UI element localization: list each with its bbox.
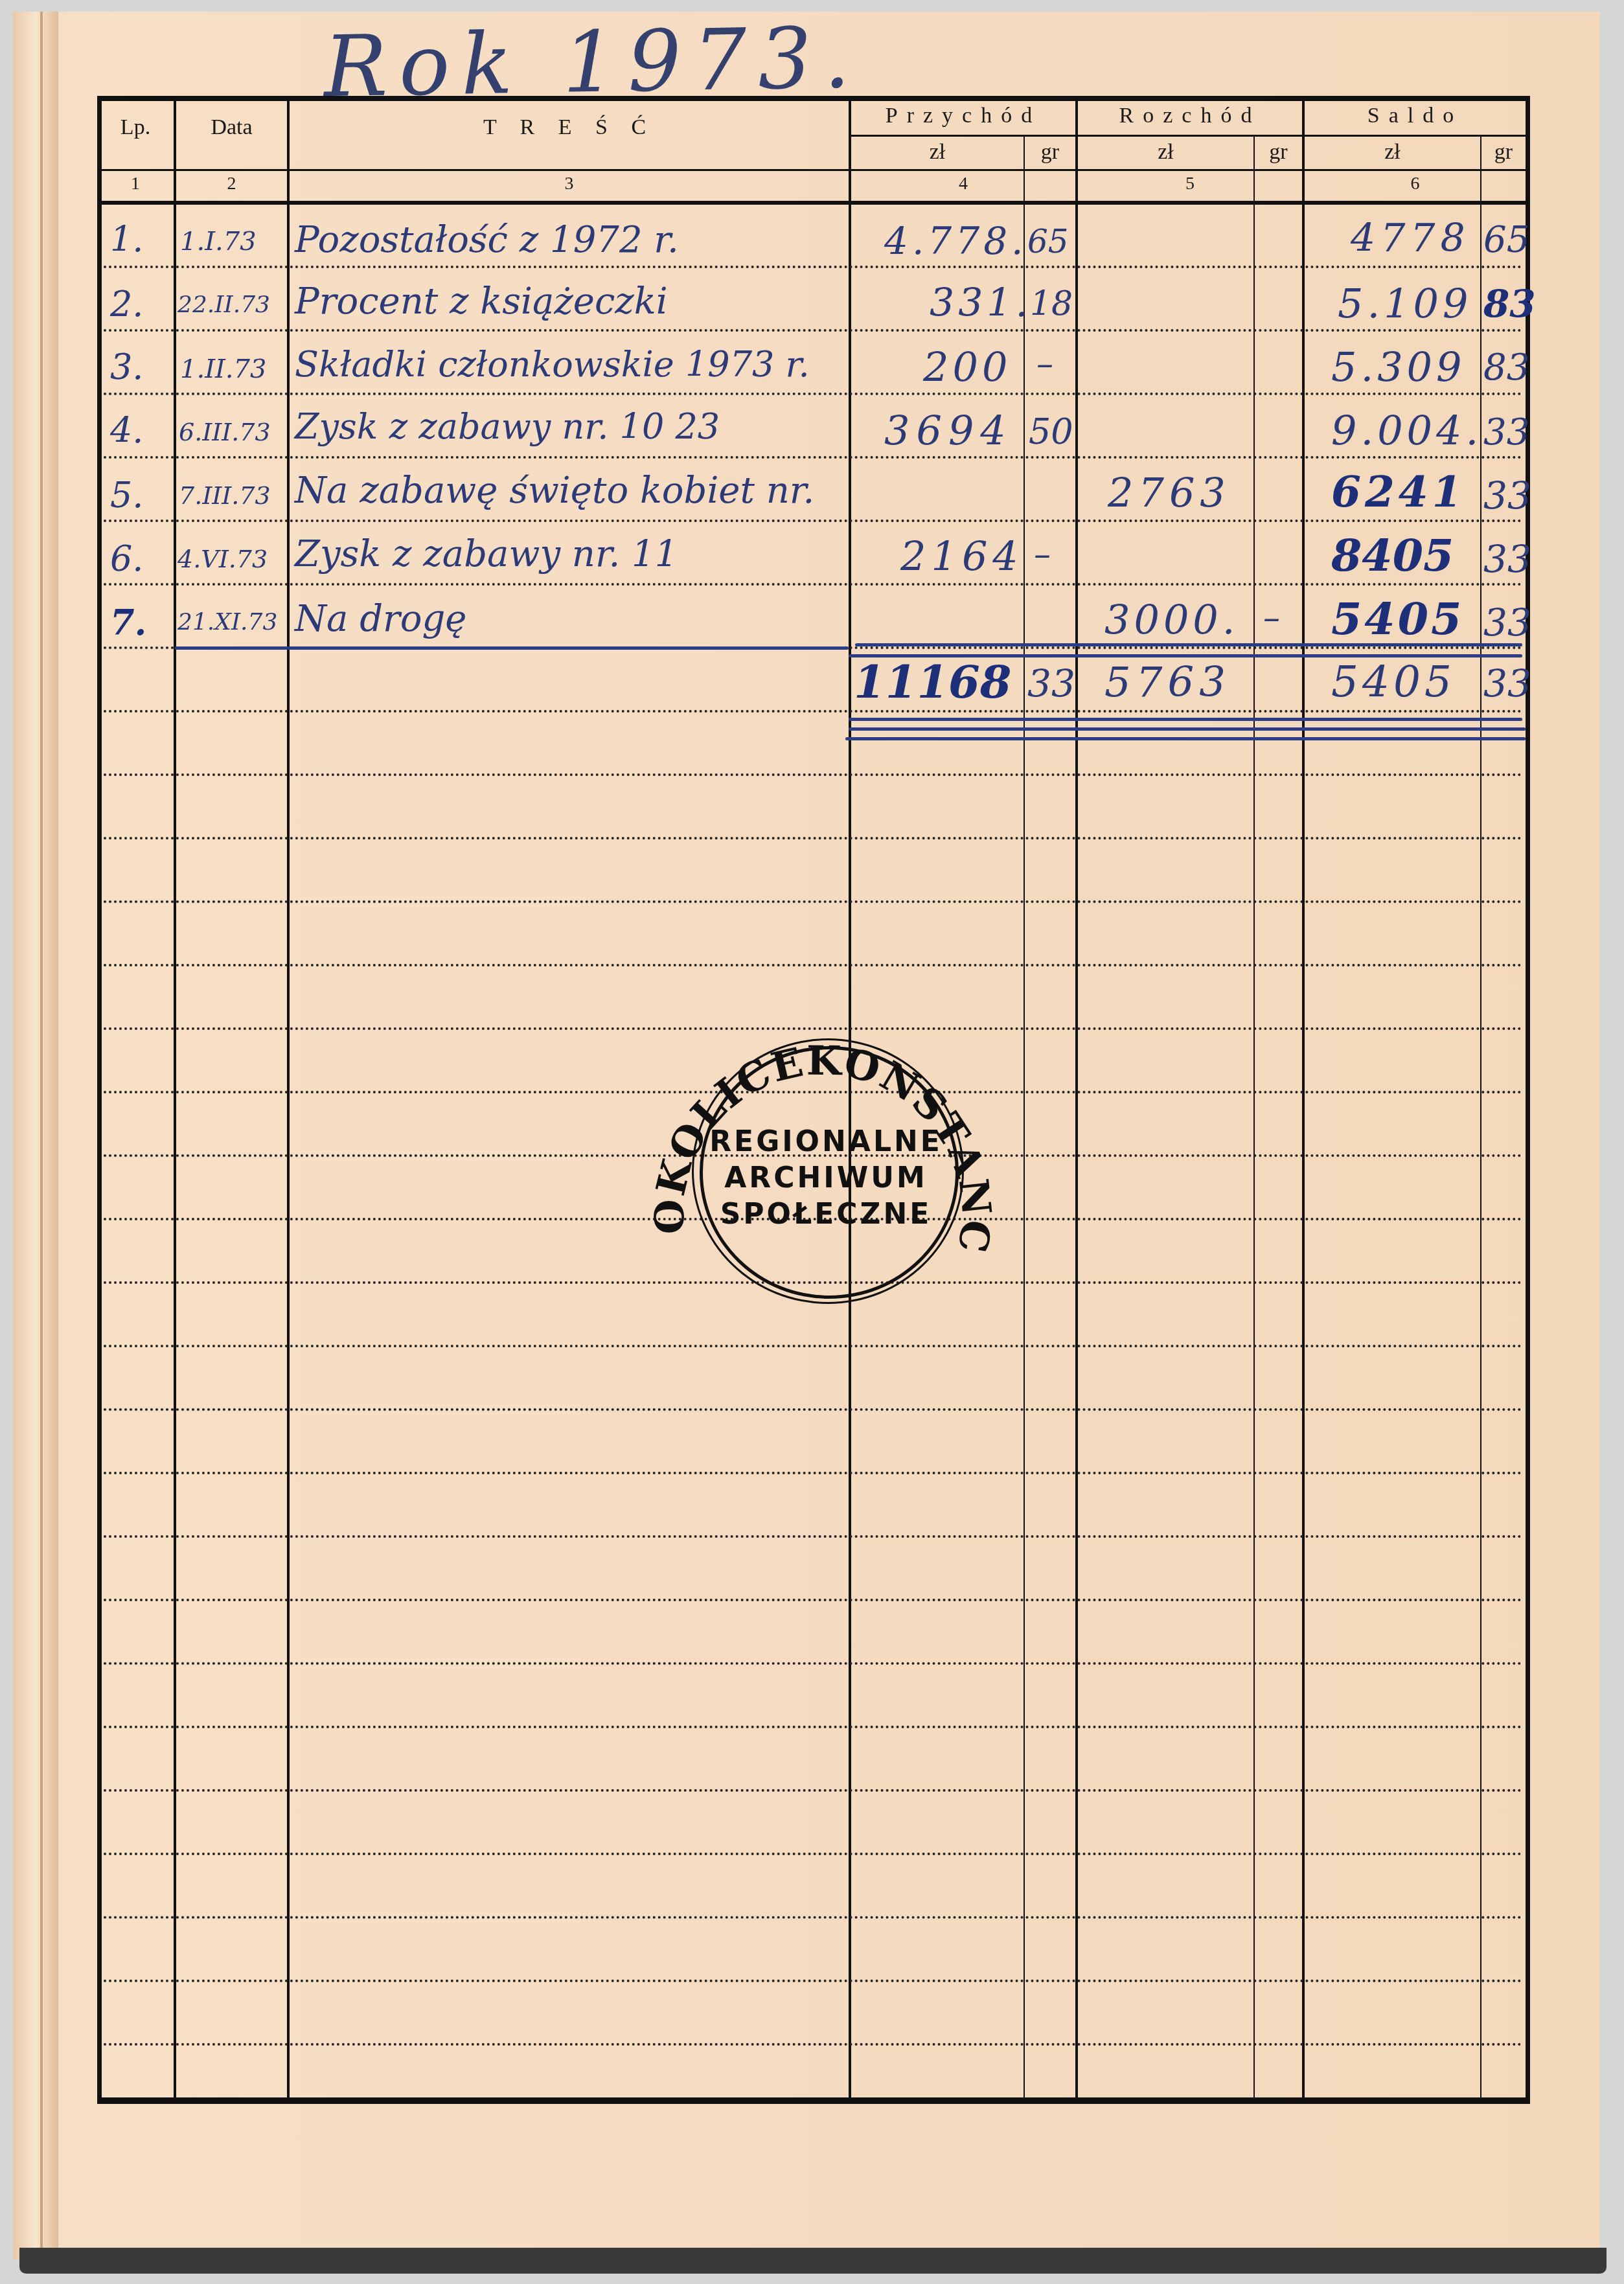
header-data: Data	[176, 115, 287, 140]
total-in-gr: 33	[1027, 665, 1075, 702]
row-3-bal-gr: 83	[1483, 350, 1529, 386]
row-2-bal-zl: 5.109	[1338, 284, 1472, 324]
header-przychod: Przychód	[851, 104, 1075, 128]
row-rule	[104, 2043, 1522, 2046]
header-saldo: Saldo	[1305, 104, 1526, 128]
row-4-in-gr: 50	[1029, 415, 1073, 450]
row-7-out-zl: 3000.	[1104, 600, 1239, 640]
row-rule	[104, 1535, 1522, 1538]
stamp-center-text: REGIONALNE ARCHIWUM SPOŁECZNE	[709, 1124, 943, 1233]
row-rule	[104, 964, 1522, 966]
row-rule	[104, 266, 1522, 268]
totals-underline-2	[849, 727, 1526, 731]
row-3-bal-zl: 5.309	[1331, 347, 1466, 387]
stamp-line-1: REGIONALNE	[709, 1124, 943, 1160]
col-number-5: 5	[1078, 174, 1302, 194]
totals-underline-1	[849, 718, 1522, 721]
row-6-text: Zysk z zabawy nr. 11	[295, 536, 678, 573]
col-number-3: 3	[290, 174, 849, 194]
col-sep-rozchod-saldo	[1302, 96, 1305, 2097]
row-rule	[104, 1599, 1522, 1601]
row-6-in-zl: 2164	[900, 536, 1024, 577]
row-7-text: Na drogę	[295, 601, 467, 637]
row-rule	[104, 456, 1522, 459]
header-saldo-gr: gr	[1481, 140, 1526, 165]
row-rule	[104, 1726, 1522, 1728]
row-6-in-gr: –	[1034, 538, 1051, 571]
row-2-in-zl: 331.	[930, 284, 1032, 323]
row-rule	[104, 1853, 1522, 1855]
header-saldo-zl: zł	[1305, 140, 1480, 165]
row-3-date: 1.II.73	[180, 356, 266, 382]
row-1-text: Pozostałość z 1972 r.	[295, 222, 679, 258]
header-rozchod-zl: zł	[1078, 140, 1253, 165]
row-rule	[104, 773, 1522, 776]
row-2-date: 22.II.73	[177, 293, 270, 317]
col-sep-przychod-gr	[1024, 136, 1025, 2097]
col-sep-data-tresc	[287, 96, 290, 2097]
totals-underline-3	[845, 737, 1526, 740]
header-bottom-line	[97, 201, 1530, 205]
row-4-in-zl: 3694	[884, 411, 1012, 451]
row-5-bal-zl: 6241	[1331, 470, 1466, 513]
row-7-date: 21.XI.73	[177, 611, 277, 634]
row-rule	[104, 1472, 1522, 1474]
spine-crease	[40, 12, 43, 2259]
row-7-underline	[175, 646, 849, 650]
row-rule	[104, 1662, 1522, 1665]
header-numbers-line	[97, 169, 1530, 171]
totals-overline-1	[855, 643, 1522, 646]
row-6-lp: 6.	[110, 542, 144, 577]
col-sep-przychod-rozchod	[1075, 96, 1078, 2097]
row-4-date: 6.III.73	[179, 420, 271, 444]
stamp-line-2: ARCHIWUM	[709, 1160, 943, 1196]
col-number-6: 6	[1305, 174, 1526, 194]
row-rule	[104, 520, 1522, 522]
row-rule	[104, 710, 1522, 713]
col-number-2: 2	[176, 174, 287, 194]
row-4-bal-zl: 9.004.	[1331, 411, 1482, 451]
row-5-lp: 5.	[110, 478, 144, 513]
stamp-line-3: SPOŁECZNE	[709, 1196, 943, 1233]
row-2-in-gr: 18	[1030, 287, 1073, 321]
row-rule	[104, 583, 1522, 586]
row-rule	[104, 1408, 1522, 1411]
row-rule	[104, 1980, 1522, 1982]
row-rule	[104, 393, 1522, 395]
header-subline-money	[851, 135, 1526, 137]
row-6-bal-zl: 8405	[1331, 534, 1454, 578]
row-rule	[104, 1345, 1522, 1347]
row-rule	[104, 1789, 1522, 1792]
row-1-in-gr: 65	[1027, 225, 1069, 258]
header-przychod-gr: gr	[1025, 140, 1075, 165]
row-1-in-zl: 4.778.	[884, 222, 1027, 260]
row-3-lp: 3.	[110, 350, 144, 385]
row-2-bal-gr: 83	[1483, 285, 1536, 323]
table-bottom-border	[97, 2097, 1530, 2104]
row-3-in-zl: 200	[923, 347, 1011, 387]
header-lp: Lp.	[97, 115, 174, 140]
table-right-border	[1526, 96, 1530, 2101]
book-spine	[13, 12, 58, 2259]
row-1-date: 1.I.73	[180, 229, 257, 255]
row-5-date: 7.III.73	[179, 483, 271, 508]
table-left-border	[97, 96, 102, 2101]
header-rozchod: Rozchód	[1078, 104, 1302, 128]
header-tresc: T R E Ś Ć	[290, 115, 849, 140]
row-3-in-gr: –	[1036, 347, 1053, 381]
header-rozchod-gr: gr	[1255, 140, 1302, 165]
row-1-bal-zl: 4778	[1351, 219, 1470, 258]
row-5-text: Na zabawę święto kobiet nr.	[295, 473, 814, 509]
row-7-out-gr: –	[1263, 601, 1280, 635]
row-2-text: Procent z książeczki	[295, 284, 668, 320]
row-4-bal-gr: 33	[1483, 415, 1529, 451]
col-number-1: 1	[97, 174, 174, 194]
total-bal-gr: 33	[1483, 665, 1531, 702]
row-5-out-zl: 2763	[1108, 473, 1231, 513]
total-out-zl: 5763	[1104, 662, 1231, 703]
row-7-bal-gr: 33	[1483, 604, 1531, 641]
row-1-bal-gr: 65	[1483, 222, 1529, 258]
row-2-lp: 2.	[110, 287, 144, 322]
row-3-text: Składki członkowskie 1973 r.	[295, 347, 810, 382]
row-6-date: 4.VI.73	[177, 547, 268, 571]
book-bottom-edge	[19, 2248, 1607, 2274]
row-5-bal-gr: 33	[1483, 477, 1531, 514]
col-sep-lp-data	[174, 96, 176, 2097]
row-7-bal-zl: 5405	[1331, 597, 1464, 641]
archive-stamp: OKOLICEKONSTANCINA.PL REGIONALNE ARCHIWU…	[648, 985, 998, 1308]
table-top-border	[97, 96, 1530, 101]
row-rule	[104, 329, 1522, 332]
row-7-lp: 7.	[110, 605, 146, 640]
row-4-text: Zysk z zabawy nr. 10 23	[295, 409, 720, 444]
row-6-bal-gr: 33	[1483, 540, 1531, 578]
total-bal-zl: 5405	[1331, 661, 1456, 703]
row-rule	[104, 900, 1522, 903]
col-sep-rozchod-gr	[1253, 136, 1255, 2097]
row-1-lp: 1.	[110, 222, 144, 257]
total-in-zl: 11168	[854, 659, 1012, 705]
row-rule	[104, 1916, 1522, 1919]
col-number-4: 4	[851, 174, 1075, 194]
row-4-lp: 4.	[110, 413, 144, 448]
header-przychod-zl: zł	[851, 140, 1024, 165]
row-rule	[104, 837, 1522, 839]
